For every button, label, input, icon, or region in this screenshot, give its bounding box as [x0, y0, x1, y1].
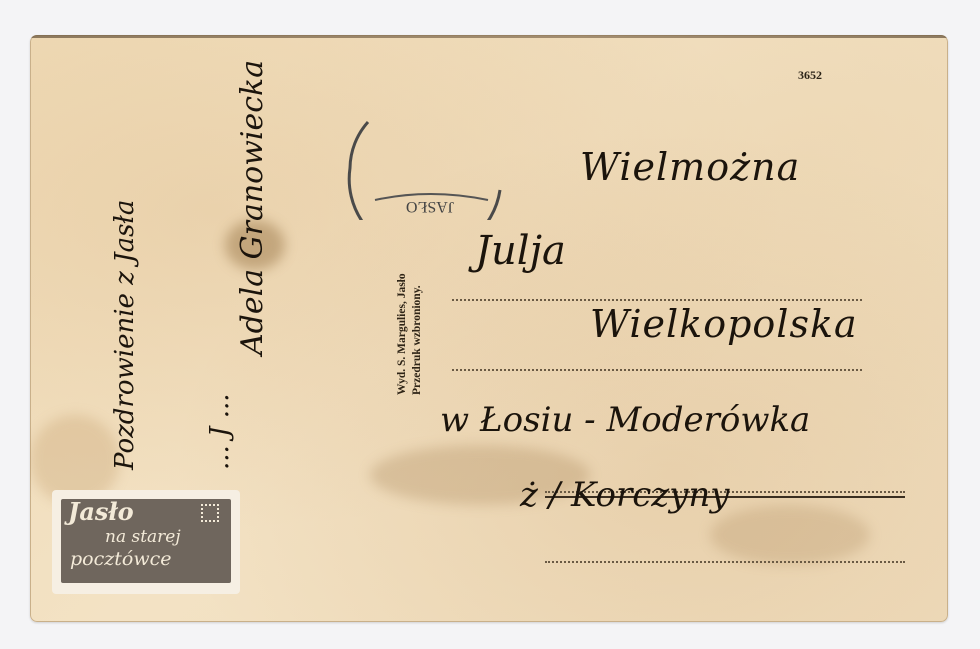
- address-salutation: Wielmożna: [580, 145, 800, 189]
- handwritten-note: ... J ...: [205, 393, 235, 470]
- address-district: ż / Korczyny: [520, 475, 729, 515]
- address-line: [452, 299, 862, 301]
- address-line: [452, 369, 862, 371]
- address-surname: Wielkopolska: [590, 302, 858, 346]
- watermark-subtitle: na starej: [105, 527, 181, 547]
- reprint-notice: Przedruk wzbroniony.: [410, 273, 425, 395]
- publisher-line: Wyd. S. Margulies, Jasło: [395, 273, 410, 395]
- address-line: [545, 561, 905, 563]
- address-town: w Łosiu - Moderówka: [440, 400, 810, 440]
- publisher-imprint: Wyd. S. Margulies, Jasło Przedruk wzbron…: [395, 273, 425, 395]
- watermark-subtitle: pocztówce: [70, 548, 171, 570]
- watermark-title: Jasło: [68, 500, 134, 524]
- postmark-icon: JASŁO: [310, 80, 510, 220]
- serial-number: 3652: [798, 68, 822, 83]
- postmark-text: JASŁO: [406, 198, 454, 215]
- stamp-icon: [201, 504, 219, 522]
- ink-stain: [710, 505, 870, 565]
- address-first-name: Julja: [475, 228, 566, 274]
- signature-text: Adela Granowiecka: [235, 60, 270, 355]
- greeting-text: Pozdrowienie z Jasła: [110, 200, 140, 470]
